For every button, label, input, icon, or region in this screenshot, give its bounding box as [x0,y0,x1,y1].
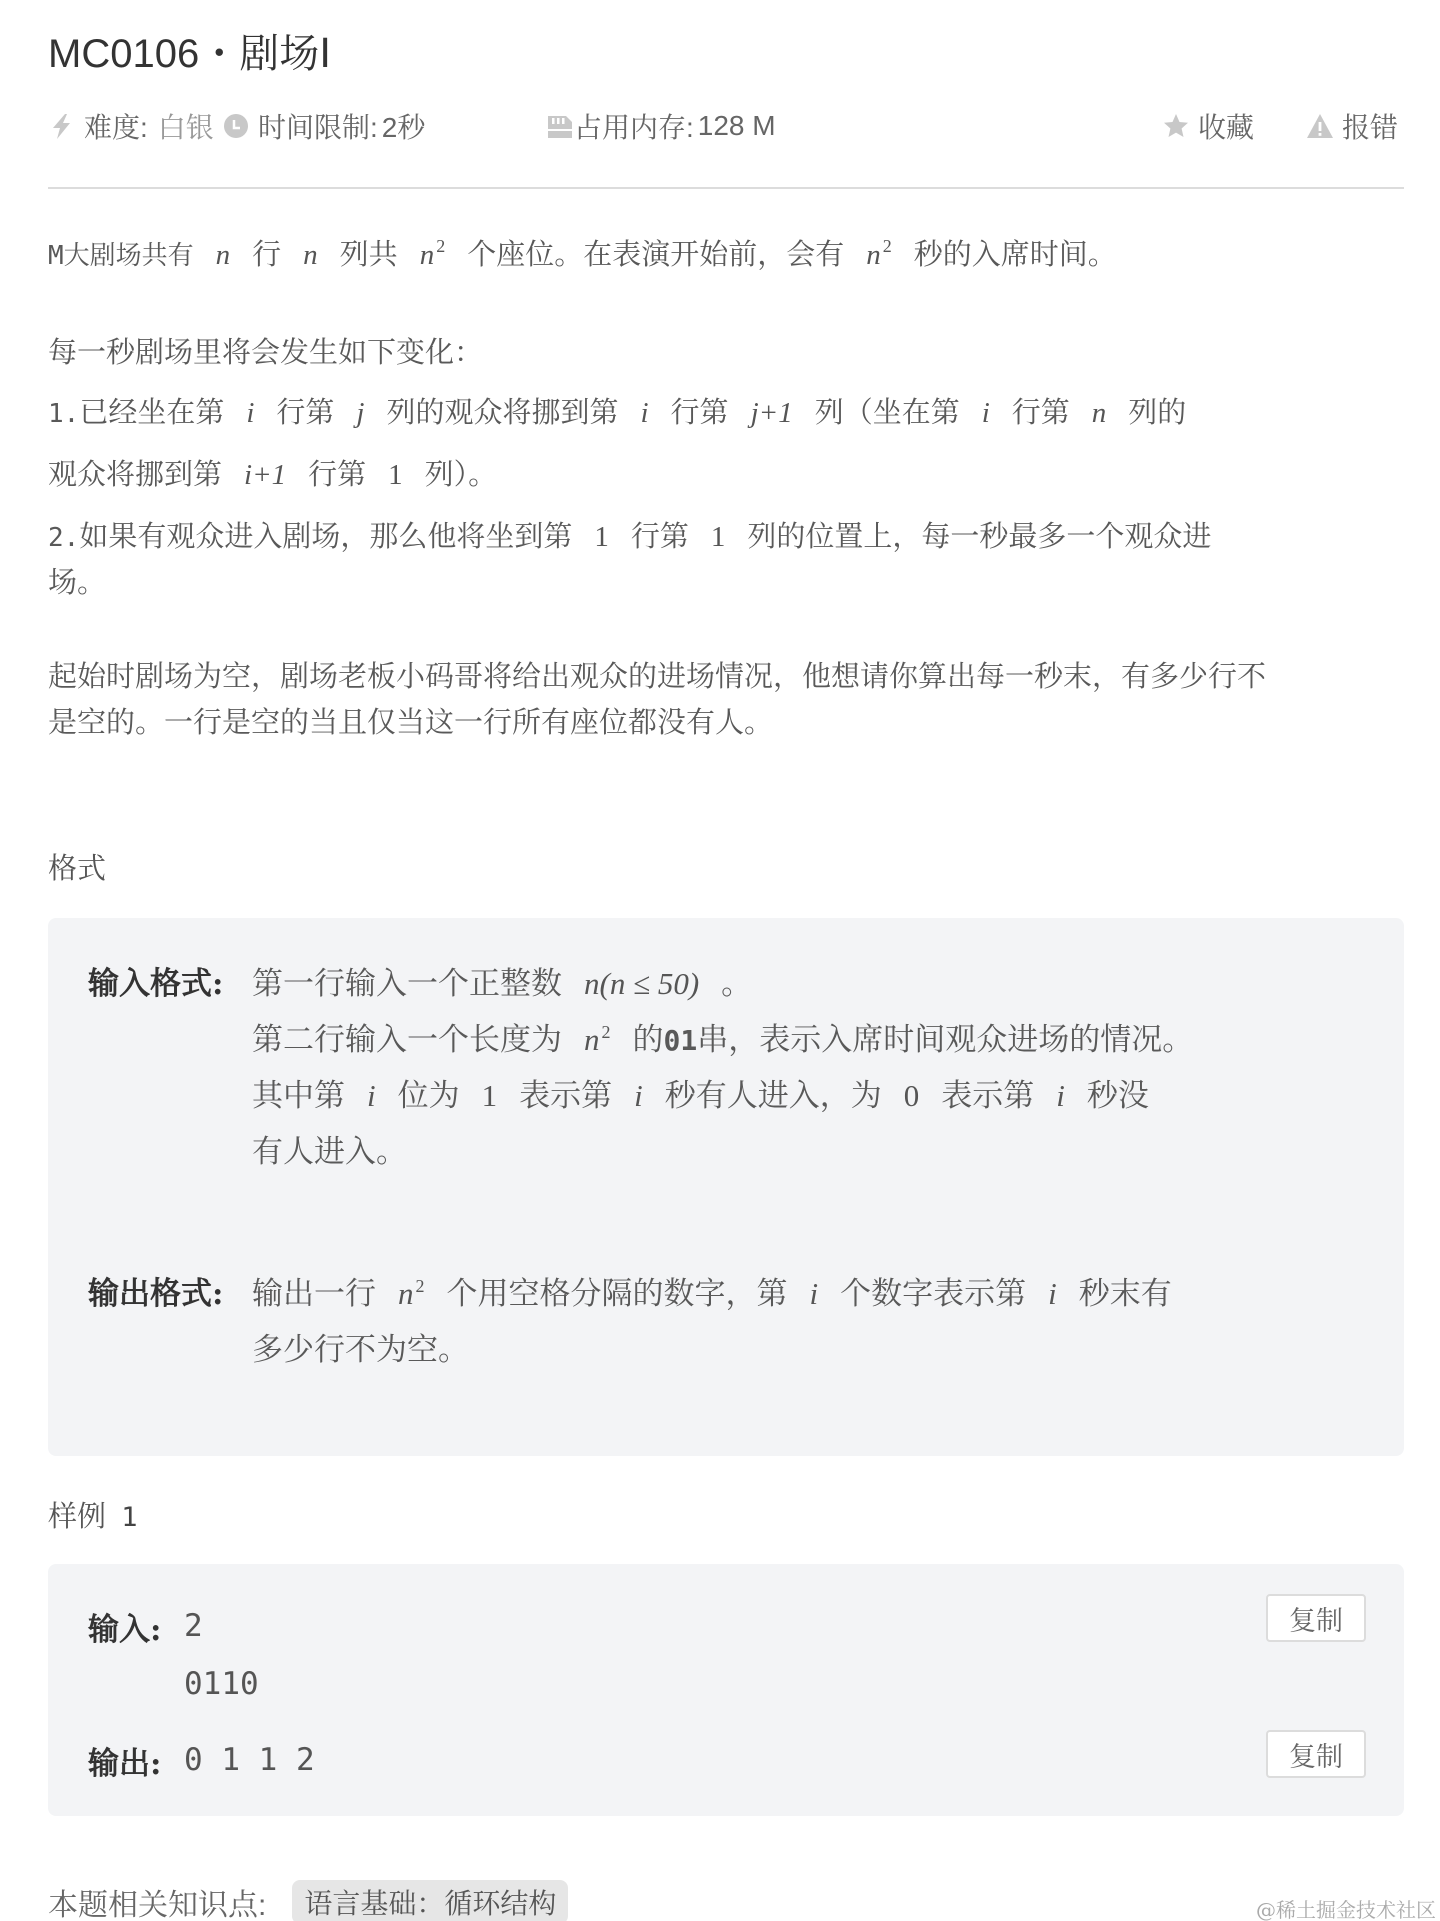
sample-input-line-2: 0110 [184,1666,259,1702]
rule-1-line-2: 观众将挪到第i+1行第1列）。 [48,452,497,493]
format-section-title: 格式 [48,846,106,887]
problem-title: MC0106・剧场Ⅰ [48,22,331,79]
sample-section-title: 样例 1 [48,1494,138,1535]
output-format-line-1: 输出一行n2个用空格分隔的数字，第i个数字表示第i秒末有 [252,1268,1172,1313]
report-error-button[interactable]: 报错 [1306,106,1398,146]
knowledge-points: 本题相关知识点: 语言基础：循环结构 [48,1880,568,1921]
difficulty-label: 难度: [84,106,148,146]
report-error-label: 报错 [1342,106,1398,146]
problem-meta: 难度: 白银 时间限制: 2秒 占用内存: 128 M 收藏 [48,106,1404,146]
output-format-line-2: 多少行不为空。 [252,1324,469,1369]
input-format-line-4: 有人进入。 [252,1126,407,1171]
memory-info: 占用内存: 128 M [546,106,776,146]
description-paragraph-3-line-2: 是空的。一行是空的当且仅当这一行所有座位都没有人。 [48,700,773,741]
description-paragraph-2: 每一秒剧场里将会发生如下变化： [48,330,483,371]
copy-output-button[interactable]: 复制 [1266,1730,1366,1778]
input-format-label: 输入格式: [88,958,223,1003]
sample-output-label: 输出: [88,1738,161,1783]
rule-2-line-2: 场。 [48,560,106,601]
lightning-icon [48,112,76,140]
input-format-line-3: 其中第i位为1表示第i秒有人进入，为0表示第i秒没 [252,1070,1149,1115]
favorite-button[interactable]: 收藏 [1162,106,1254,146]
header-divider [48,187,1404,189]
knowledge-points-label: 本题相关知识点: [48,1880,266,1921]
sample-block: 输入: 2 0110 复制 输出: 0 1 1 2 复制 [48,1564,1404,1816]
time-limit-value: 2秒 [382,106,426,146]
memory-value: 128 M [698,110,776,142]
time-limit-info: 时间限制: 2秒 [222,106,425,146]
rule-2-line-1: 2.如果有观众进入剧场，那么他将坐到第1行第1列的位置上，每一秒最多一个观众进 [48,514,1211,555]
memory-card-icon [546,112,574,140]
time-limit-label: 时间限制: [258,106,378,146]
difficulty-value: 白银 [158,106,214,146]
watermark: @稀土掘金技术社区 [1256,1894,1436,1921]
sample-input-line-1: 2 [184,1608,203,1644]
warning-icon [1306,112,1334,140]
description-paragraph-1: M大剧场共有n行n列共n2个座位。在表演开始前，会有n2秒的入席时间。 [48,232,1117,273]
sample-output-value: 0 1 1 2 [184,1742,315,1778]
input-format-line-2: 第二行输入一个长度为n2的01串，表示入席时间观众进场的情况。 [252,1014,1193,1059]
input-format-line-1: 第一行输入一个正整数n(n ≤ 50)。 [252,958,752,1003]
knowledge-tag[interactable]: 语言基础：循环结构 [292,1880,568,1921]
format-block: 输入格式: 第一行输入一个正整数n(n ≤ 50)。 第二行输入一个长度为n2的… [48,918,1404,1456]
memory-label: 占用内存: [574,106,694,146]
copy-input-button[interactable]: 复制 [1266,1594,1366,1642]
rule-1-line-1: 1.已经坐在第i行第j列的观众将挪到第i行第j+1列（坐在第i行第n列的 [48,390,1186,431]
star-icon [1162,112,1190,140]
description-paragraph-3-line-1: 起始时剧场为空，剧场老板小码哥将给出观众的进场情况，他想请你算出每一秒末，有多少… [48,654,1266,695]
favorite-label: 收藏 [1198,106,1254,146]
difficulty-info: 难度: 白银 [48,106,214,146]
sample-input-label: 输入: [88,1604,161,1649]
output-format-label: 输出格式: [88,1268,223,1313]
clock-icon [222,112,250,140]
